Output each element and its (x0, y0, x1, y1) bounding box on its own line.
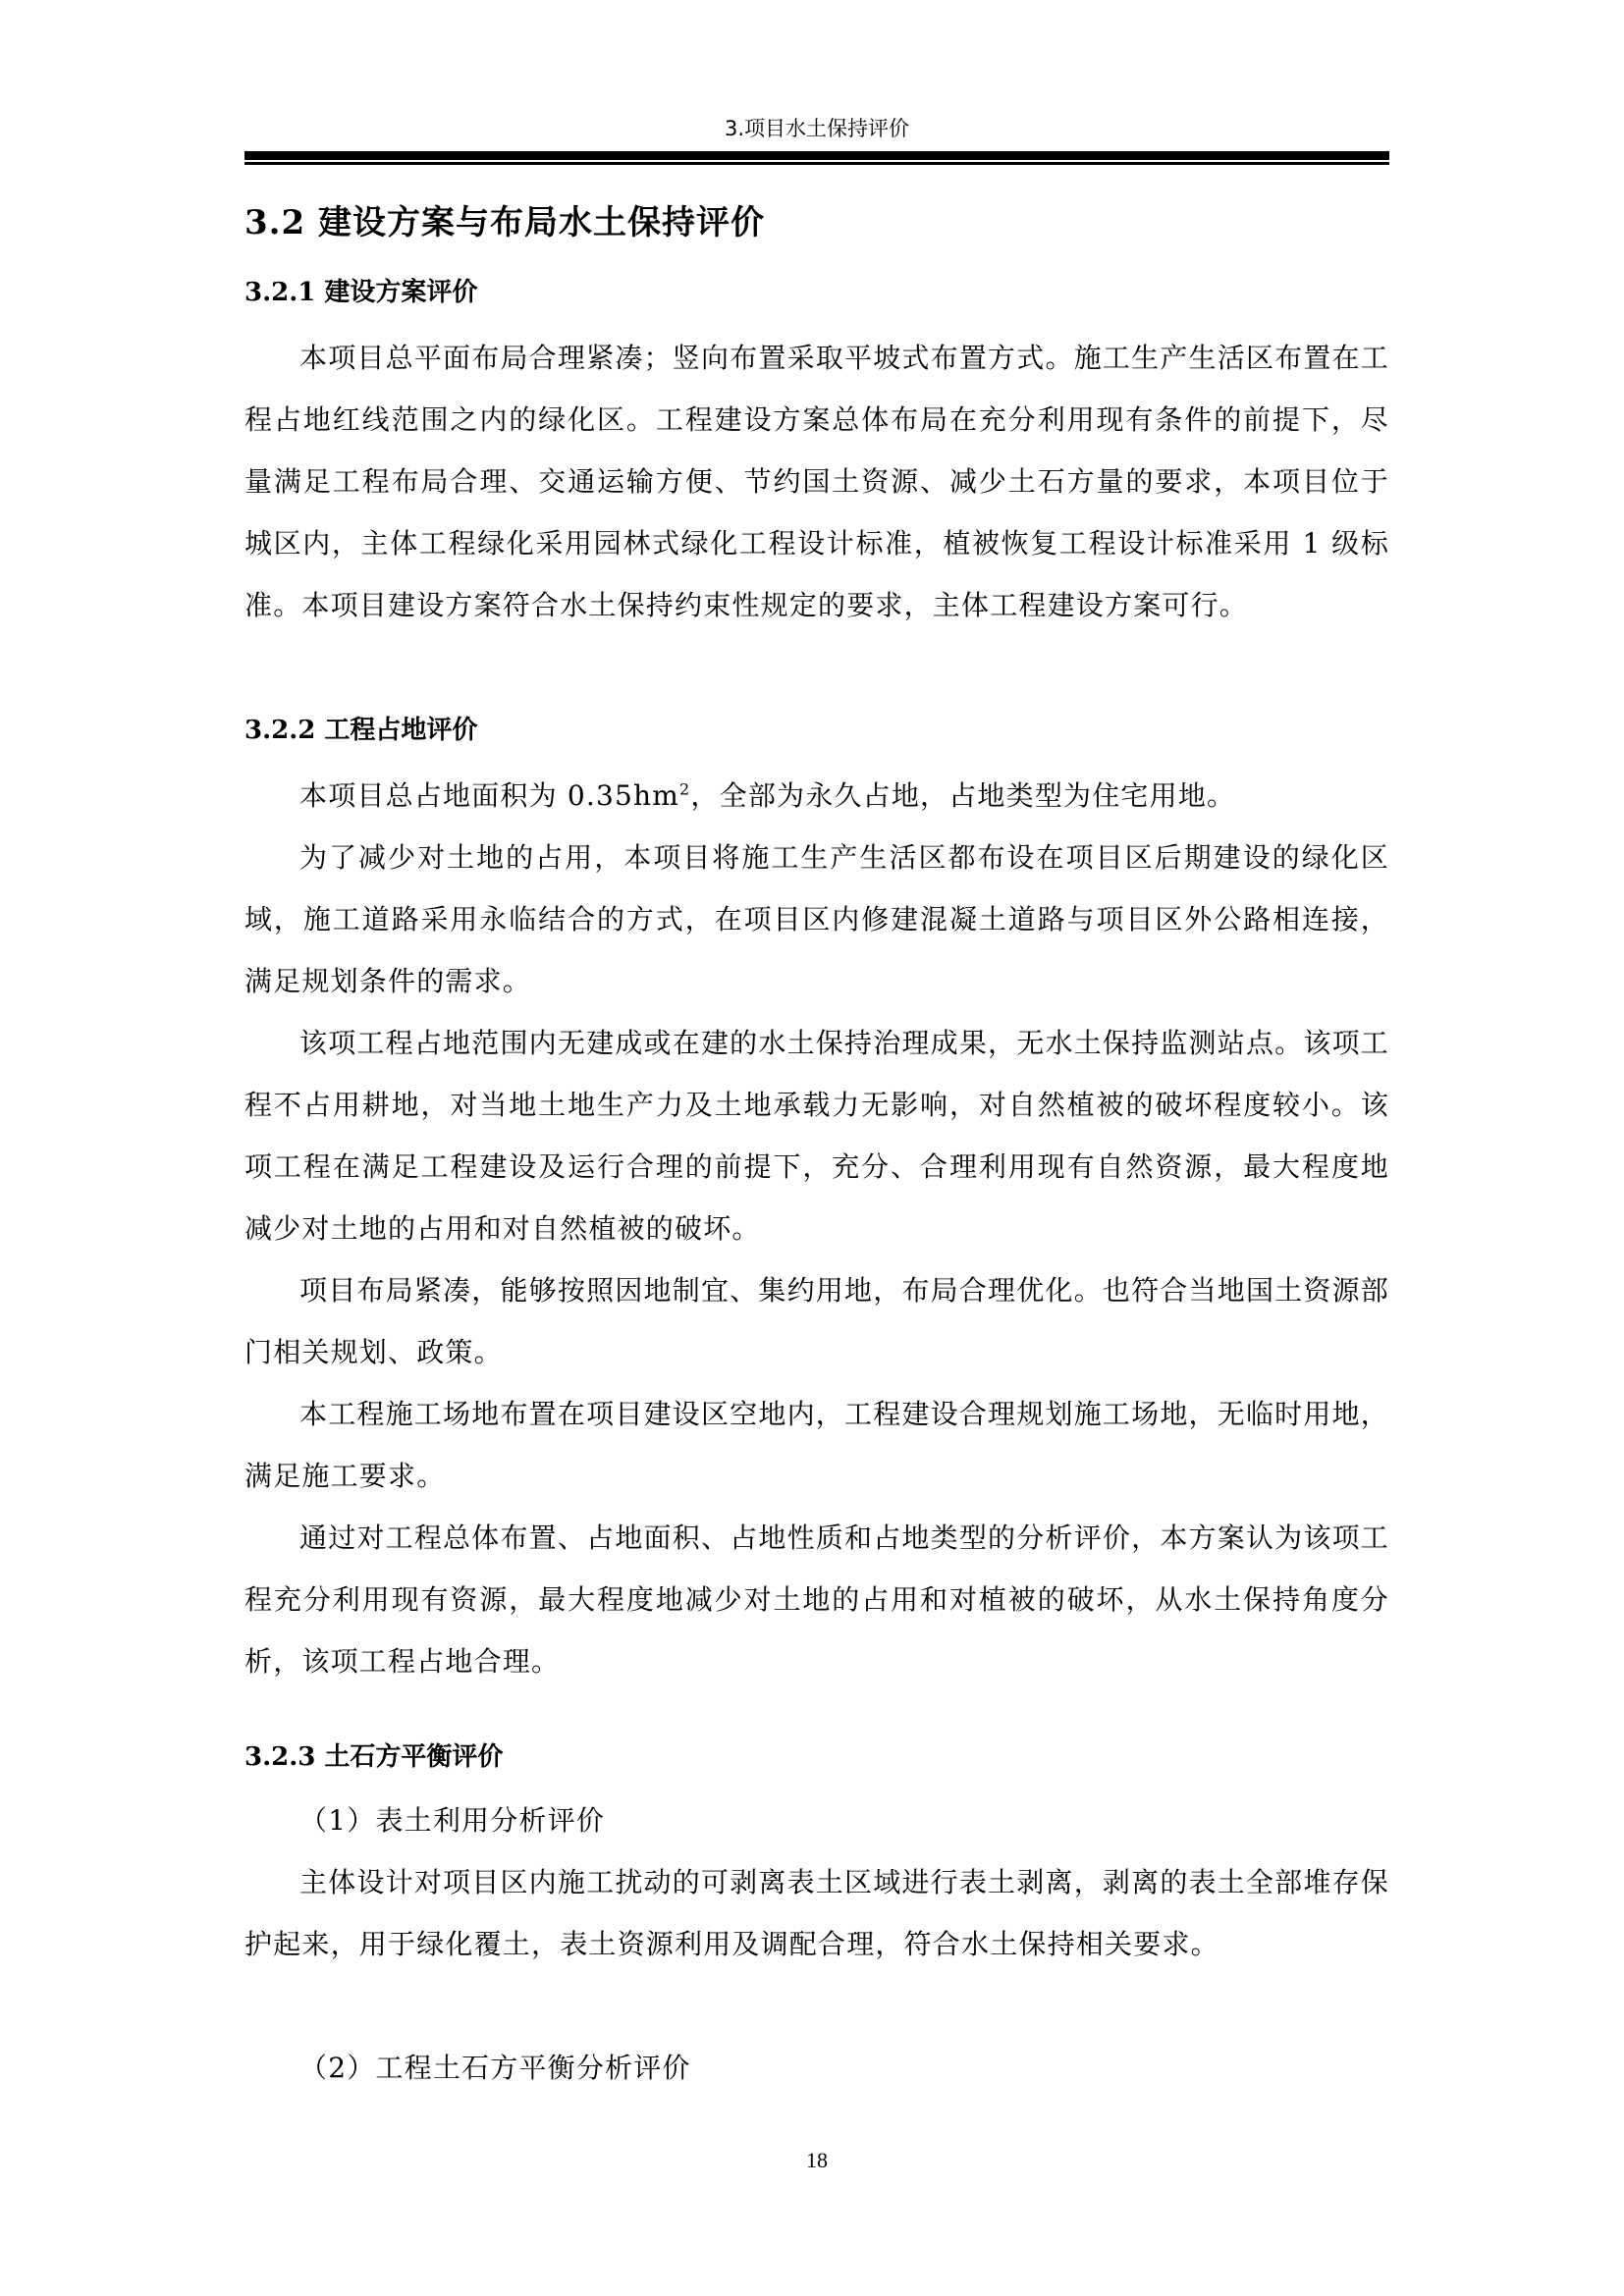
land-area-text: 本项目总占地面积为 0.35hm (299, 779, 679, 812)
paragraph: 为了减少对土地的占用，本项目将施工生产生活区都布设在项目区后期建设的绿化区域，施… (244, 827, 1389, 1012)
section-title: 3.2 建设方案与布局水土保持评价 (244, 200, 765, 245)
paragraph: 项目布局紧凑，能够按照因地制宜、集约用地，布局合理优化。也符合当地国土资源部门相… (244, 1259, 1389, 1383)
paragraph: 本工程施工场地布置在项目建设区空地内，工程建设合理规划施工场地，无临时用地，满足… (244, 1383, 1389, 1507)
paragraph: 本项目总平面布局合理紧凑；竖向布置采取平坡式布置方式。施工生产生活区布置在工程占… (244, 327, 1389, 636)
subsection-title-3-2-1: 3.2.1 建设方案评价 (244, 275, 477, 310)
subsection-title-3-2-3: 3.2.3 土石方平衡评价 (244, 1739, 503, 1775)
page-number: 18 (244, 2148, 1389, 2173)
header-rule-thick (244, 151, 1389, 160)
item-label: （1）表土利用分析评价 (244, 1789, 1389, 1851)
running-header: 3.项目水土保持评价 (244, 116, 1389, 141)
item-label: （2）工程土石方平衡分析评价 (244, 2037, 1389, 2099)
paragraph: 该项工程占地范围内无建成或在建的水土保持治理成果，无水土保持监测站点。该项工程不… (244, 1012, 1389, 1259)
header-rule-thin (244, 162, 1389, 165)
paragraph-land-area: 本项目总占地面积为 0.35hm2，全部为永久占地，占地类型为住宅用地。 (244, 765, 1389, 827)
land-area-text-rest: ，全部为永久占地，占地类型为住宅用地。 (690, 779, 1235, 812)
paragraph: 通过对工程总体布置、占地面积、占地性质和占地类型的分析评价，本方案认为该项工程充… (244, 1507, 1389, 1692)
subsection-title-3-2-2: 3.2.2 工程占地评价 (244, 713, 477, 748)
paragraph: 主体设计对项目区内施工扰动的可剥离表土区域进行表土剥离，剥离的表土全部堆存保护起… (244, 1851, 1389, 1975)
superscript: 2 (679, 780, 690, 799)
document-page: 3.项目水土保持评价 3.2 建设方案与布局水土保持评价 3.2.1 建设方案评… (244, 0, 1389, 2296)
